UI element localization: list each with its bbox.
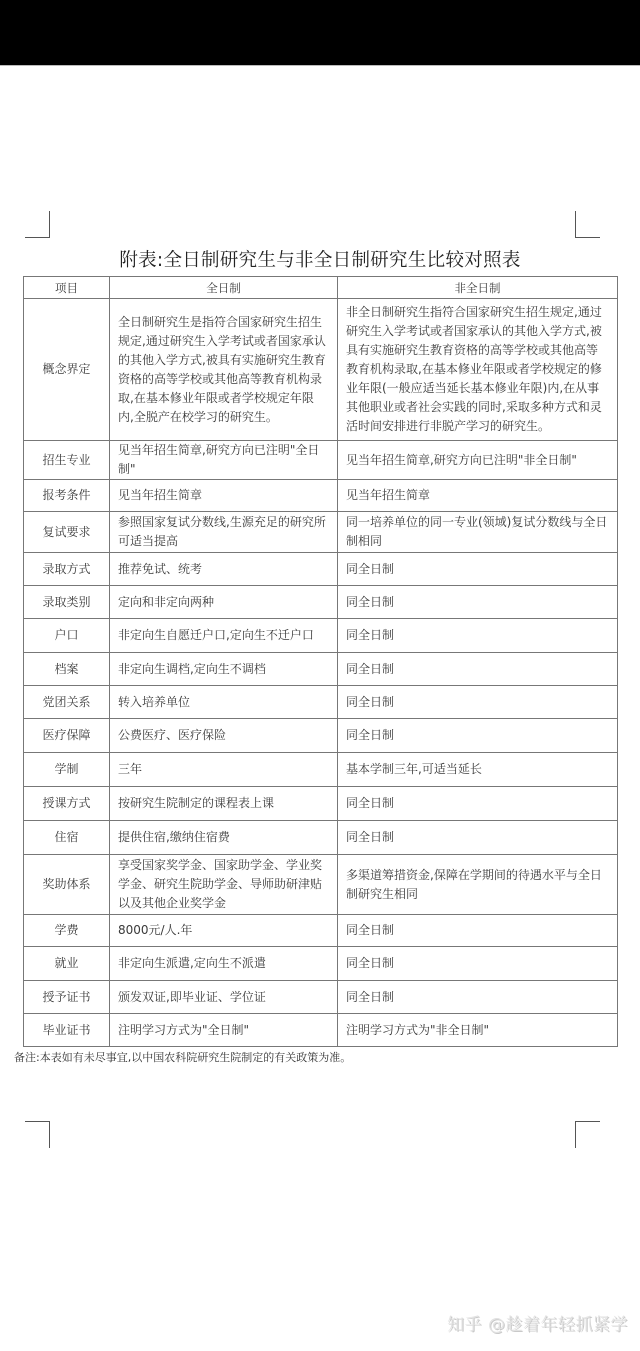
row-full-time: 见当年招生简章: [110, 480, 338, 512]
table-row: 就业 非定向生派遣,定向生不派遣 同全日制: [24, 947, 618, 981]
table-row: 授予证书 颁发双证,即毕业证、学位证 同全日制: [24, 981, 618, 1014]
table-row: 招生专业 见当年招生简章,研究方向已注明"全日制" 见当年招生简章,研究方向已注…: [24, 441, 618, 480]
table-row: 录取方式 推荐免试、统考 同全日制: [24, 553, 618, 586]
row-part-time: 见当年招生简章,研究方向已注明"非全日制": [338, 441, 618, 480]
top-bar-edge: [0, 65, 640, 66]
row-item: 学费: [24, 915, 110, 947]
row-part-time: 同全日制: [338, 619, 618, 653]
row-item: 党团关系: [24, 686, 110, 719]
row-full-time: 8000元/人.年: [110, 915, 338, 947]
table-row: 复试要求 参照国家复试分数线,生源充足的研究所可适当提高 同一培养单位的同一专业…: [24, 512, 618, 553]
header-full-time: 全日制: [110, 277, 338, 299]
row-item: 档案: [24, 653, 110, 686]
row-part-time: 同全日制: [338, 915, 618, 947]
table-row: 毕业证书 注明学习方式为"全日制" 注明学习方式为"非全日制": [24, 1014, 618, 1047]
row-part-time: 同全日制: [338, 787, 618, 821]
row-part-time: 非全日制研究生指符合国家研究生招生规定,通过研究生入学考试或者国家承认的其他入学…: [338, 299, 618, 441]
row-item: 授课方式: [24, 787, 110, 821]
row-part-time: 注明学习方式为"非全日制": [338, 1014, 618, 1047]
row-part-time: 同全日制: [338, 586, 618, 619]
row-item: 录取方式: [24, 553, 110, 586]
row-full-time: 全日制研究生是指符合国家研究生招生规定,通过研究生入学考试或者国家承认的其他入学…: [110, 299, 338, 441]
row-full-time: 非定向生派遣,定向生不派遣: [110, 947, 338, 981]
row-full-time: 享受国家奖学金、国家助学金、学业奖学金、研究生院助学金、导师助研津贴以及其他企业…: [110, 855, 338, 915]
zhihu-watermark: 知乎 @趁着年轻抓紧学: [447, 1310, 628, 1335]
row-full-time: 非定向生调档,定向生不调档: [110, 653, 338, 686]
row-item: 录取类别: [24, 586, 110, 619]
header-part-time: 非全日制: [338, 277, 618, 299]
document-title: 附表:全日制研究生与非全日制研究生比较对照表: [0, 246, 640, 272]
row-full-time: 定向和非定向两种: [110, 586, 338, 619]
table-row: 学制 三年 基本学制三年,可适当延长: [24, 753, 618, 787]
row-part-time: 同全日制: [338, 981, 618, 1014]
table-row: 住宿 提供住宿,缴纳住宿费 同全日制: [24, 821, 618, 855]
row-item: 住宿: [24, 821, 110, 855]
row-full-time: 颁发双证,即毕业证、学位证: [110, 981, 338, 1014]
row-part-time: 同全日制: [338, 821, 618, 855]
table-row: 报考条件 见当年招生简章 见当年招生简章: [24, 480, 618, 512]
row-part-time: 同一培养单位的同一专业(领域)复试分数线与全日制相同: [338, 512, 618, 553]
table-row: 档案 非定向生调档,定向生不调档 同全日制: [24, 653, 618, 686]
top-black-bar: [0, 0, 640, 65]
table-row: 概念界定 全日制研究生是指符合国家研究生招生规定,通过研究生入学考试或者国家承认…: [24, 299, 618, 441]
row-part-time: 同全日制: [338, 653, 618, 686]
table-row: 录取类别 定向和非定向两种 同全日制: [24, 586, 618, 619]
footnote: 备注:本表如有未尽事宜,以中国农科院研究生院制定的有关政策为准。: [14, 1049, 351, 1065]
row-full-time: 注明学习方式为"全日制": [110, 1014, 338, 1047]
row-item: 复试要求: [24, 512, 110, 553]
row-full-time: 按研究生院制定的课程表上课: [110, 787, 338, 821]
row-full-time: 提供住宿,缴纳住宿费: [110, 821, 338, 855]
row-full-time: 见当年招生简章,研究方向已注明"全日制": [110, 441, 338, 480]
row-part-time: 基本学制三年,可适当延长: [338, 753, 618, 787]
table-row: 党团关系 转入培养单位 同全日制: [24, 686, 618, 719]
row-item: 授予证书: [24, 981, 110, 1014]
row-full-time: 三年: [110, 753, 338, 787]
row-full-time: 非定向生自愿迁户口,定向生不迁户口: [110, 619, 338, 653]
table-row: 授课方式 按研究生院制定的课程表上课 同全日制: [24, 787, 618, 821]
table-row: 户口 非定向生自愿迁户口,定向生不迁户口 同全日制: [24, 619, 618, 653]
row-item: 报考条件: [24, 480, 110, 512]
row-full-time: 转入培养单位: [110, 686, 338, 719]
row-item: 毕业证书: [24, 1014, 110, 1047]
row-item: 招生专业: [24, 441, 110, 480]
row-item: 奖助体系: [24, 855, 110, 915]
row-part-time: 同全日制: [338, 553, 618, 586]
row-part-time: 见当年招生简章: [338, 480, 618, 512]
table-row: 医疗保障 公费医疗、医疗保险 同全日制: [24, 719, 618, 753]
row-item: 户口: [24, 619, 110, 653]
row-item: 概念界定: [24, 299, 110, 441]
row-part-time: 同全日制: [338, 947, 618, 981]
row-item: 医疗保障: [24, 719, 110, 753]
row-part-time: 同全日制: [338, 686, 618, 719]
table-row: 奖助体系 享受国家奖学金、国家助学金、学业奖学金、研究生院助学金、导师助研津贴以…: [24, 855, 618, 915]
row-full-time: 公费医疗、医疗保险: [110, 719, 338, 753]
row-part-time: 同全日制: [338, 719, 618, 753]
table-header-row: 项目 全日制 非全日制: [24, 277, 618, 299]
header-item: 项目: [24, 277, 110, 299]
row-item: 学制: [24, 753, 110, 787]
row-part-time: 多渠道筹措资金,保障在学期间的待遇水平与全日制研究生相同: [338, 855, 618, 915]
row-full-time: 推荐免试、统考: [110, 553, 338, 586]
row-item: 就业: [24, 947, 110, 981]
comparison-table: 项目 全日制 非全日制 概念界定 全日制研究生是指符合国家研究生招生规定,通过研…: [23, 276, 618, 1047]
row-full-time: 参照国家复试分数线,生源充足的研究所可适当提高: [110, 512, 338, 553]
table-row: 学费 8000元/人.年 同全日制: [24, 915, 618, 947]
